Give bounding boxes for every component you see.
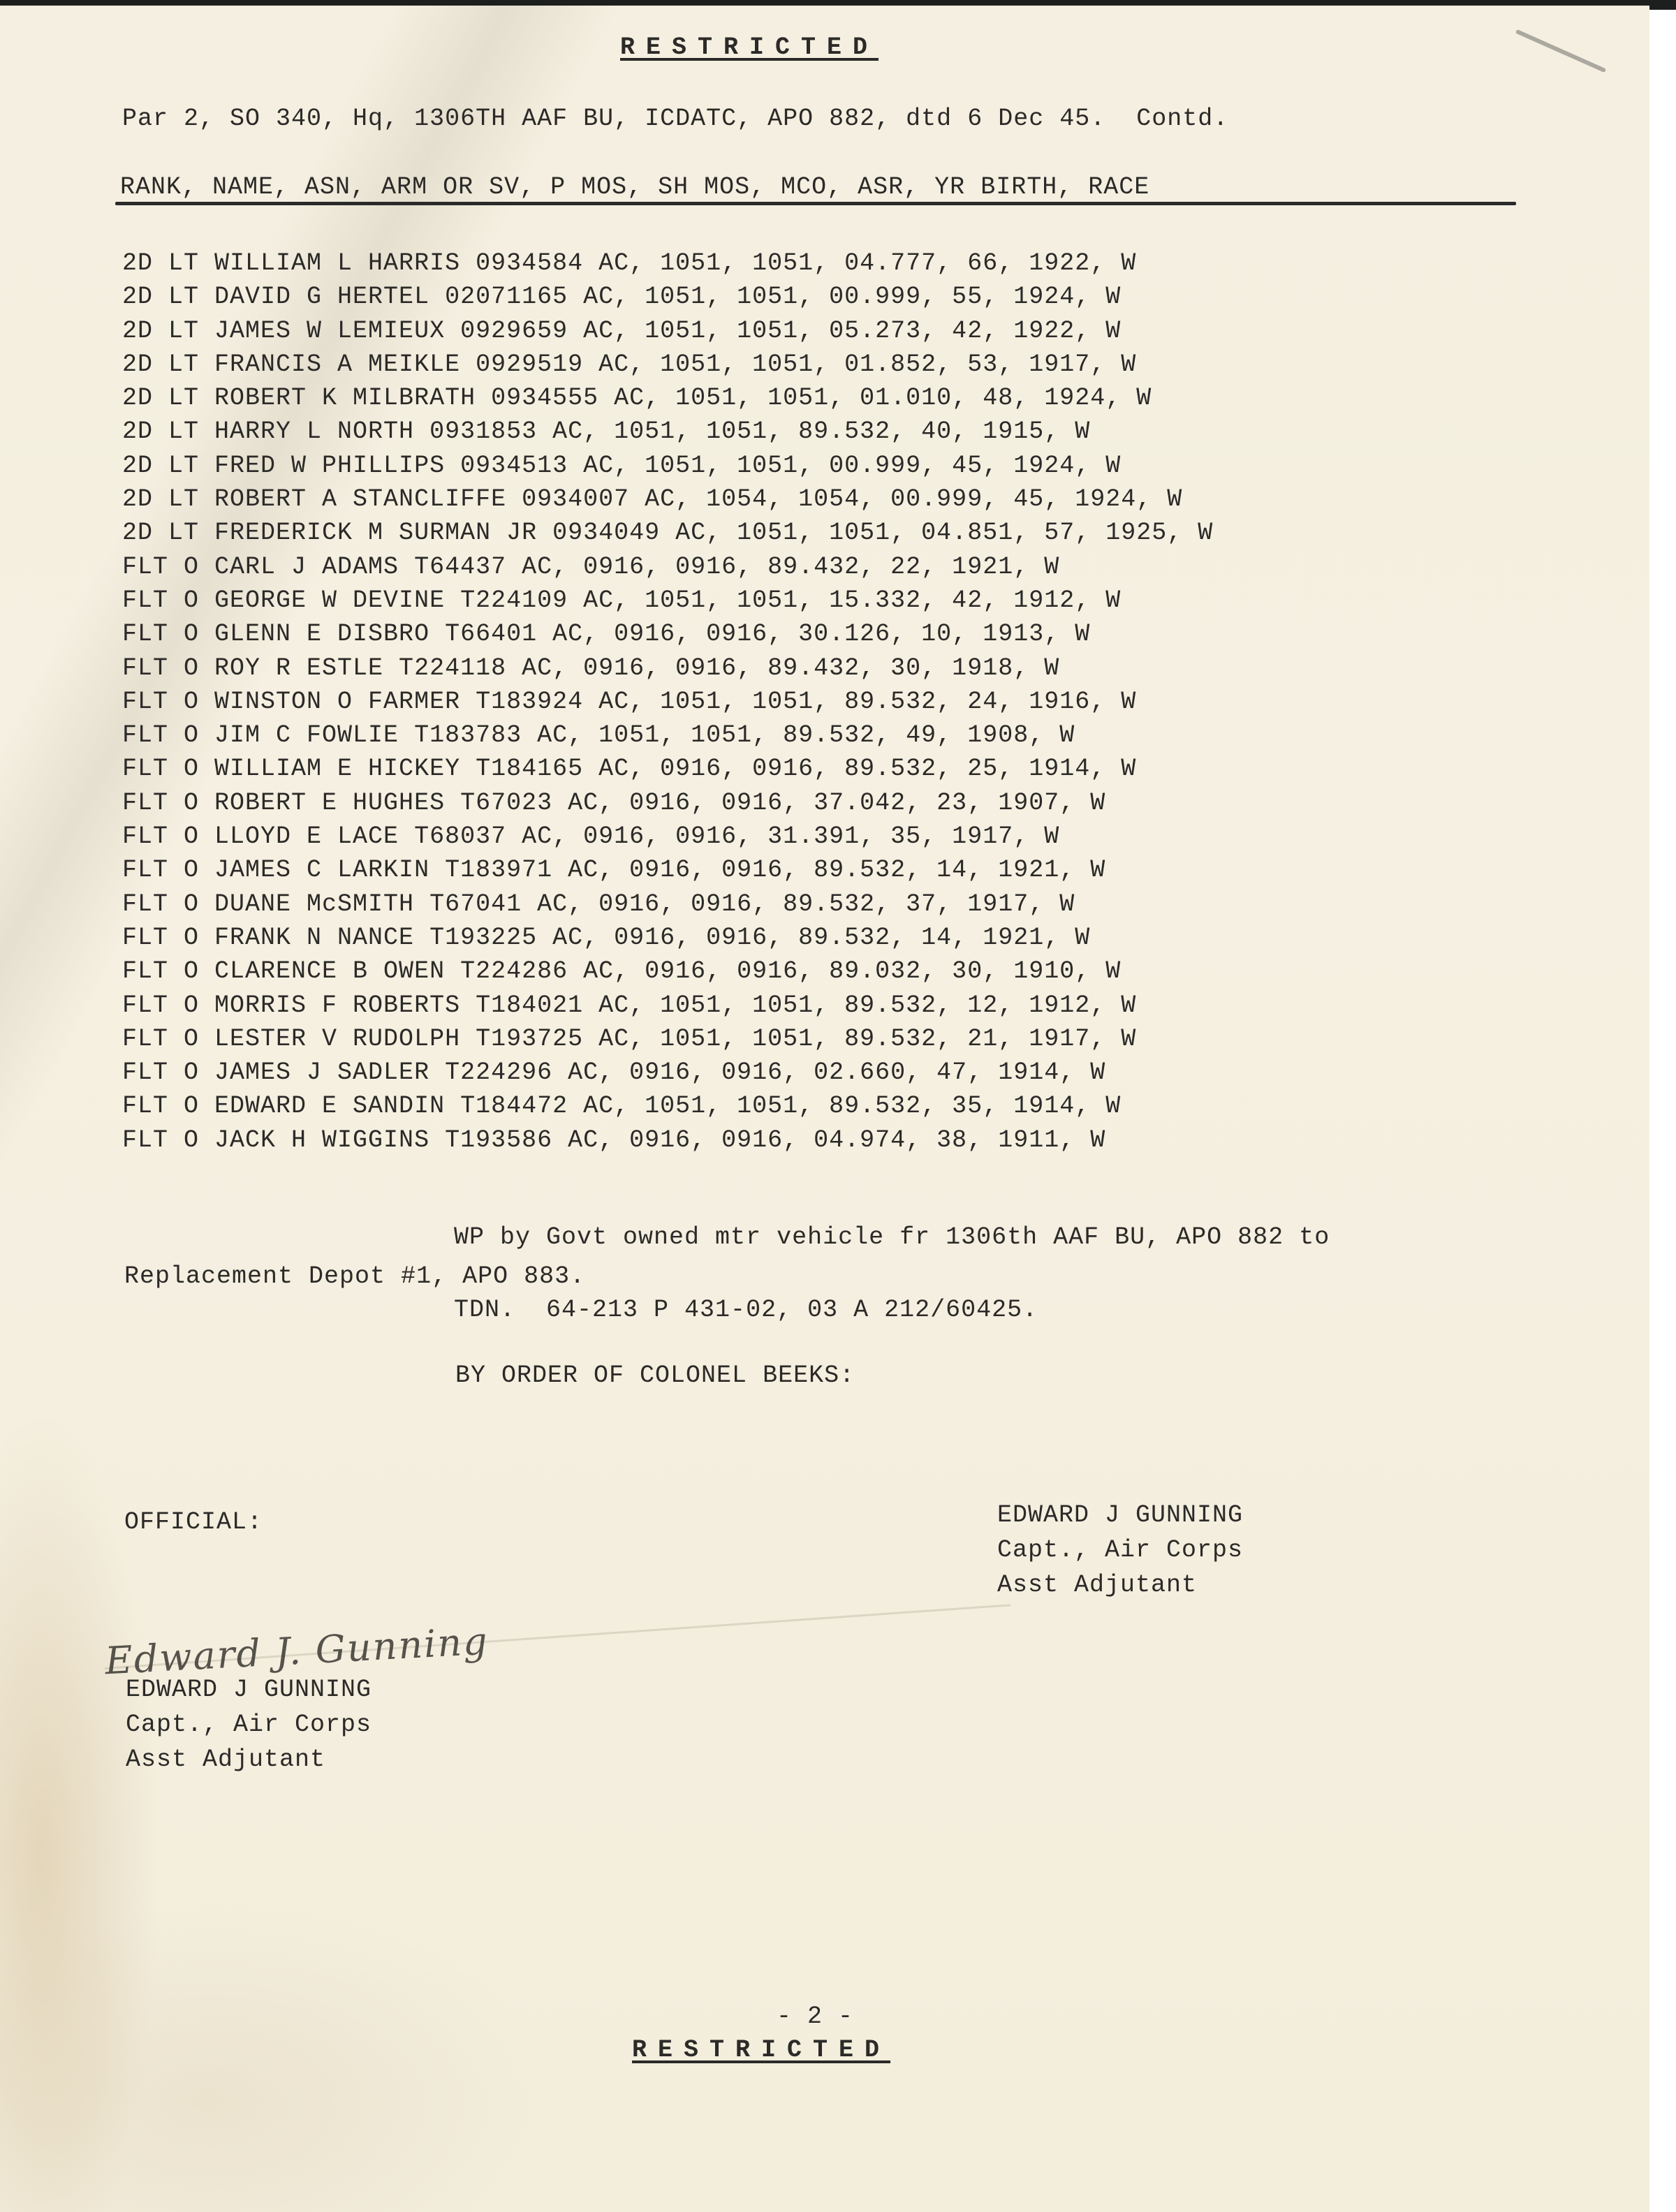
- roster-row: FLT O EDWARD E SANDIN T184472 AC, 1051, …: [122, 1089, 1213, 1123]
- roster-row: FLT O MORRIS F ROBERTS T184021 AC, 1051,…: [122, 989, 1213, 1022]
- roster-list: 2D LT WILLIAM L HARRIS 0934584 AC, 1051,…: [122, 246, 1213, 1157]
- roster-row: 2D LT HARRY L NORTH 0931853 AC, 1051, 10…: [122, 415, 1213, 448]
- travel-line-2: Replacement Depot #1, APO 883.: [124, 1262, 585, 1290]
- roster-row: 2D LT JAMES W LEMIEUX 0929659 AC, 1051, …: [122, 314, 1213, 348]
- roster-row: FLT O ROBERT E HUGHES T67023 AC, 0916, 0…: [122, 786, 1213, 820]
- signer-right-name: EDWARD J GUNNING: [997, 1501, 1243, 1529]
- reference-line: Par 2, SO 340, Hq, 1306TH AAF BU, ICDATC…: [122, 105, 1228, 133]
- official-label: OFFICIAL:: [124, 1508, 263, 1536]
- roster-row: FLT O JIM C FOWLIE T183783 AC, 1051, 105…: [122, 718, 1213, 752]
- column-header-underline: [115, 202, 1516, 205]
- tdn-line: TDN. 64-213 P 431-02, 03 A 212/60425.: [454, 1296, 1038, 1324]
- roster-row: FLT O WILLIAM E HICKEY T184165 AC, 0916,…: [122, 752, 1213, 786]
- roster-row: FLT O JACK H WIGGINS T193586 AC, 0916, 0…: [122, 1123, 1213, 1157]
- roster-row: FLT O CLARENCE B OWEN T224286 AC, 0916, …: [122, 954, 1213, 988]
- roster-row: FLT O JAMES J SADLER T224296 AC, 0916, 0…: [122, 1056, 1213, 1089]
- signer-left-name: EDWARD J GUNNING: [126, 1676, 372, 1704]
- roster-row: 2D LT FREDERICK M SURMAN JR 0934049 AC, …: [122, 516, 1213, 550]
- roster-row: FLT O FRANK N NANCE T193225 AC, 0916, 09…: [122, 921, 1213, 954]
- roster-row: FLT O CARL J ADAMS T64437 AC, 0916, 0916…: [122, 550, 1213, 584]
- roster-row: FLT O GLENN E DISBRO T66401 AC, 0916, 09…: [122, 617, 1213, 651]
- ink-smudge: [1515, 29, 1606, 73]
- roster-row: 2D LT FRED W PHILLIPS 0934513 AC, 1051, …: [122, 449, 1213, 482]
- roster-row: FLT O LLOYD E LACE T68037 AC, 0916, 0916…: [122, 820, 1213, 853]
- signer-right-rank: Capt., Air Corps: [997, 1536, 1243, 1564]
- signer-left-rank: Capt., Air Corps: [126, 1711, 372, 1739]
- roster-row: 2D LT WILLIAM L HARRIS 0934584 AC, 1051,…: [122, 246, 1213, 280]
- roster-row: FLT O JAMES C LARKIN T183971 AC, 0916, 0…: [122, 853, 1213, 887]
- roster-row: FLT O GEORGE W DEVINE T224109 AC, 1051, …: [122, 584, 1213, 617]
- classification-bottom: RESTRICTED: [632, 2036, 890, 2064]
- page-number: - 2 -: [777, 2003, 853, 2030]
- signer-left-title: Asst Adjutant: [126, 1746, 325, 1774]
- roster-row: 2D LT DAVID G HERTEL 02071165 AC, 1051, …: [122, 280, 1213, 314]
- classification-top: RESTRICTED: [620, 34, 879, 61]
- handwritten-signature: Edward J. Gunning: [104, 1619, 490, 1683]
- roster-row: FLT O LESTER V RUDOLPH T193725 AC, 1051,…: [122, 1022, 1213, 1056]
- document-page: RESTRICTED Par 2, SO 340, Hq, 1306TH AAF…: [0, 6, 1649, 2212]
- signer-right-title: Asst Adjutant: [997, 1571, 1197, 1599]
- travel-line-1: WP by Govt owned mtr vehicle fr 1306th A…: [454, 1223, 1330, 1251]
- roster-row: FLT O DUANE McSMITH T67041 AC, 0916, 091…: [122, 887, 1213, 921]
- by-order-line: BY ORDER OF COLONEL BEEKS:: [455, 1362, 855, 1389]
- roster-row: 2D LT FRANCIS A MEIKLE 0929519 AC, 1051,…: [122, 348, 1213, 381]
- roster-row: 2D LT ROBERT A STANCLIFFE 0934007 AC, 10…: [122, 482, 1213, 516]
- roster-row: 2D LT ROBERT K MILBRATH 0934555 AC, 1051…: [122, 381, 1213, 415]
- column-header: RANK, NAME, ASN, ARM OR SV, P MOS, SH MO…: [120, 173, 1149, 201]
- roster-row: FLT O ROY R ESTLE T224118 AC, 0916, 0916…: [122, 651, 1213, 685]
- roster-row: FLT O WINSTON O FARMER T183924 AC, 1051,…: [122, 685, 1213, 718]
